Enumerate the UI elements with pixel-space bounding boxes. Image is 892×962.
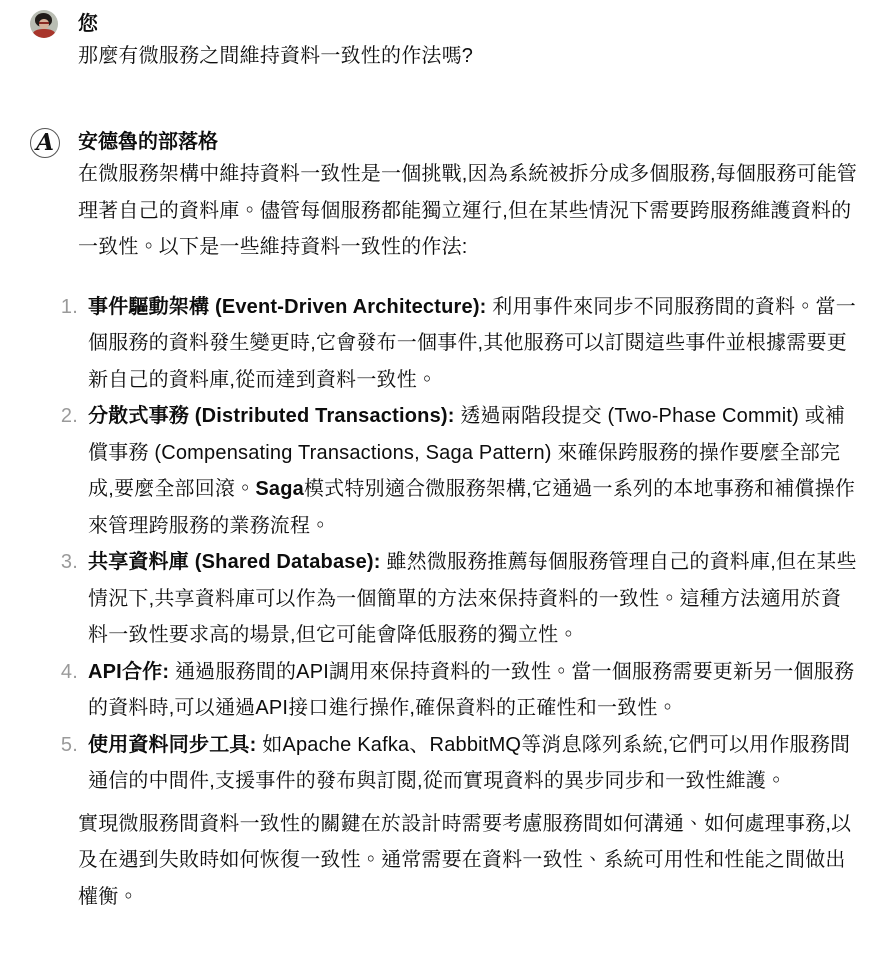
method-list-item: 2.分散式事務 (Distributed Transactions): 透過兩階… (78, 398, 858, 544)
list-item-lead-text: 分散式事務 (Distributed Transactions): (88, 405, 455, 427)
assistant-closing-paragraph: 實現微服務間資料一致性的關鍵在於設計時需要考慮服務間如何溝通、如何處理事務,以及… (78, 806, 858, 916)
list-item-number: 4. (52, 654, 78, 691)
assistant-role-label: 安德魯的部落格 (78, 128, 858, 156)
blog-logo-avatar: A (30, 128, 60, 158)
user-message-content: 您 那麼有微服務之間維持資料一致性的作法嗎? (78, 10, 858, 75)
list-item-lead-text: 共享資料庫 (Shared Database): (88, 551, 381, 573)
method-list-item: 4.API合作: 通過服務間的API調用來保持資料的一致性。當一個服務需要更新另… (78, 654, 858, 727)
method-list-item: 5.使用資料同步工具: 如Apache Kafka、RabbitMQ等消息隊列系… (78, 727, 858, 800)
list-item-lead-text: API合作: (88, 661, 169, 683)
assistant-message: A 安德魯的部落格 在微服務架構中維持資料一致性是一個挑戰,因為系統被拆分成多個… (30, 128, 858, 915)
list-item-lead-text: Saga (255, 478, 304, 500)
list-item-number: 2. (52, 398, 78, 435)
user-avatar-glasses (39, 22, 49, 24)
method-list-item: 3.共享資料庫 (Shared Database): 雖然微服務推薦每個服務管理… (78, 544, 858, 654)
assistant-message-content: 安德魯的部落格 在微服務架構中維持資料一致性是一個挑戰,因為系統被拆分成多個服務… (78, 128, 858, 915)
user-avatar-shirt (33, 29, 55, 38)
user-message: 您 那麼有微服務之間維持資料一致性的作法嗎? (30, 10, 858, 75)
list-item-body-text: 通過服務間的API調用來保持資料的一致性。當一個服務需要更新另一個服務的資料時,… (88, 661, 854, 720)
list-item-number: 5. (52, 727, 78, 764)
list-item-lead-text: 事件驅動架構 (Event-Driven Architecture): (88, 296, 487, 318)
list-item-number: 3. (52, 544, 78, 581)
user-avatar-face (39, 19, 49, 29)
user-avatar (30, 10, 58, 38)
user-question-text: 那麼有微服務之間維持資料一致性的作法嗎? (78, 38, 858, 75)
method-list-item: 1.事件驅動架構 (Event-Driven Architecture): 利用… (78, 289, 858, 399)
list-item-lead-text: 使用資料同步工具: (88, 734, 256, 756)
blog-letter-a-icon: A (36, 131, 54, 154)
assistant-intro-paragraph: 在微服務架構中維持資料一致性是一個挑戰,因為系統被拆分成多個服務,每個服務可能管… (78, 156, 858, 266)
consistency-methods-list: 1.事件驅動架構 (Event-Driven Architecture): 利用… (78, 289, 858, 800)
list-item-number: 1. (52, 289, 78, 326)
user-role-label: 您 (78, 10, 858, 38)
